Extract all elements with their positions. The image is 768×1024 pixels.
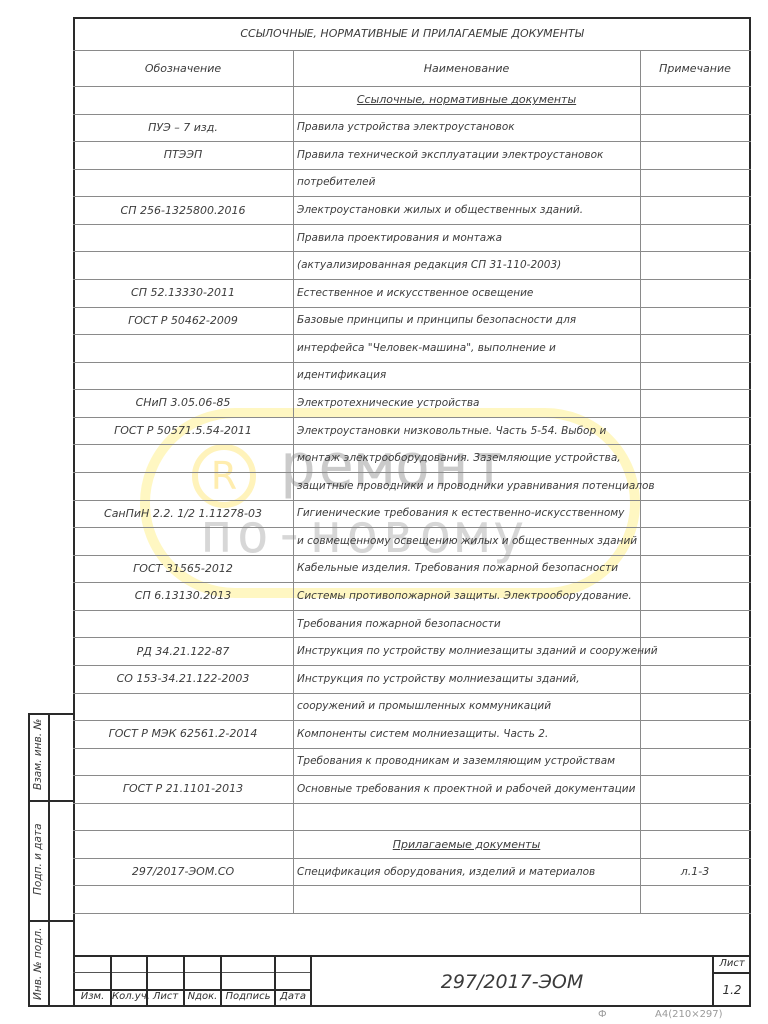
cell-designation xyxy=(73,86,293,114)
cell-designation xyxy=(73,885,293,913)
cell-designation: ГОСТ Р 50571.5.54-2011 xyxy=(73,417,293,445)
cell-name: защитные проводники и проводники уравнив… xyxy=(293,472,640,500)
section-heading: Ссылочные, нормативные документы xyxy=(293,86,640,114)
cell-note xyxy=(640,251,750,279)
cell-name xyxy=(293,885,640,913)
cell-note xyxy=(640,389,750,417)
cell-designation xyxy=(73,803,293,831)
cell-name: Гигиенические требования к естественно-и… xyxy=(293,500,640,528)
cell-note xyxy=(640,830,750,858)
cell-name: Системы противопожарной защиты. Электроо… xyxy=(293,582,640,610)
cell-name: Кабельные изделия. Требования пожарной б… xyxy=(293,555,640,583)
column-header-designation: Обозначение xyxy=(73,50,293,86)
cell-designation xyxy=(73,224,293,252)
cell-note xyxy=(640,444,750,472)
cell-name: Правила технической эксплуатации электро… xyxy=(293,141,640,169)
cell-designation xyxy=(73,334,293,362)
side-stamp-separator xyxy=(28,920,73,922)
cell-note xyxy=(640,748,750,776)
cell-name: идентификация xyxy=(293,362,640,390)
cell-note xyxy=(640,279,750,307)
cell-note xyxy=(640,334,750,362)
cell-note xyxy=(640,637,750,665)
cell-name: Инструкция по устройству молниезащиты зд… xyxy=(293,637,640,665)
cell-designation: РД 34.21.122-87 xyxy=(73,637,293,665)
cell-note xyxy=(640,169,750,197)
tb-label-sheet: Лист xyxy=(148,991,183,1002)
cell-note xyxy=(640,803,750,831)
cell-designation xyxy=(73,444,293,472)
sheet-label: Лист xyxy=(713,958,751,969)
format-label: А4(210×297) xyxy=(655,1009,723,1020)
cell-note xyxy=(640,720,750,748)
cell-note xyxy=(640,307,750,335)
cell-name: Электротехнические устройства xyxy=(293,389,640,417)
cell-designation xyxy=(73,362,293,390)
cell-designation: ГОСТ Р 21.1101-2013 xyxy=(73,775,293,803)
cell-note xyxy=(640,362,750,390)
cell-note xyxy=(640,665,750,693)
cell-note xyxy=(640,693,750,721)
cell-name: Требования к проводникам и заземляющим у… xyxy=(293,748,640,776)
cell-designation xyxy=(73,830,293,858)
cell-note xyxy=(640,224,750,252)
tb-label-signature: Подпись xyxy=(222,991,274,1002)
cell-note xyxy=(640,472,750,500)
cell-designation: СНиП 3.05.06-85 xyxy=(73,389,293,417)
tb-label-change: Изм. xyxy=(75,991,110,1002)
document-title: ССЫЛОЧНЫЕ, НОРМАТИВНЫЕ И ПРИЛАГАЕМЫЕ ДОК… xyxy=(73,17,751,50)
cell-note xyxy=(640,196,750,224)
stamp-label-signature-date: Подп. и дата xyxy=(32,823,44,895)
table-line xyxy=(73,50,751,51)
stamp-label-original-inv: Инв. № подл. xyxy=(32,928,44,1000)
column-header-note: Примечание xyxy=(640,50,750,86)
cell-name: Электроустановки жилых и общественных зд… xyxy=(293,196,640,224)
tb-label-count: Кол.уч. xyxy=(112,991,146,1002)
tb-label-date: Дата xyxy=(276,991,310,1002)
cell-designation: СО 153-34.21.122-2003 xyxy=(73,665,293,693)
cell-note xyxy=(640,417,750,445)
cell-designation: СП 256-1325800.2016 xyxy=(73,196,293,224)
cell-note xyxy=(640,114,750,142)
cell-name: (актуализированная редакция СП 31-110-20… xyxy=(293,251,640,279)
cell-designation xyxy=(73,610,293,638)
cell-name: Компоненты систем молниезащиты. Часть 2. xyxy=(293,720,640,748)
cell-designation: ПУЭ – 7 изд. xyxy=(73,114,293,142)
cell-note xyxy=(640,555,750,583)
cell-name: Естественное и искусственное освещение xyxy=(293,279,640,307)
cell-note xyxy=(640,86,750,114)
cell-designation xyxy=(73,251,293,279)
tb-label-doc-number: Nдок. xyxy=(185,991,220,1002)
side-stamp-divider xyxy=(48,713,50,1007)
side-stamp-separator xyxy=(28,800,73,802)
cell-name: монтаж электрооборудования. Заземляющие … xyxy=(293,444,640,472)
cell-designation: 297/2017-ЭОМ.СО xyxy=(73,858,293,886)
cell-note xyxy=(640,775,750,803)
cell-name: сооружений и промышленных коммуникаций xyxy=(293,693,640,721)
cell-name: и совмещенному освещению жилых и обществ… xyxy=(293,527,640,555)
cell-designation: СанПиН 2.2. 1/2 1.11278-03 xyxy=(73,500,293,528)
cell-note xyxy=(640,610,750,638)
cell-designation xyxy=(73,527,293,555)
cell-name: Основные требования к проектной и рабоче… xyxy=(293,775,640,803)
sheet-number: 1.2 xyxy=(713,983,751,997)
stamp-label-replacement-inv: Взам. инв. № xyxy=(32,719,44,790)
cell-designation xyxy=(73,693,293,721)
cell-note xyxy=(640,582,750,610)
table-line xyxy=(73,913,751,914)
cell-name: Требования пожарной безопасности xyxy=(293,610,640,638)
cell-name: Спецификация оборудования, изделий и мат… xyxy=(293,858,640,886)
cell-designation: СП 52.13330-2011 xyxy=(73,279,293,307)
section-heading: Прилагаемые документы xyxy=(293,830,640,858)
document-code: 297/2017-ЭОМ xyxy=(312,957,712,1007)
cell-designation xyxy=(73,169,293,197)
cell-designation xyxy=(73,472,293,500)
cell-designation: СП 6.13130.2013 xyxy=(73,582,293,610)
cell-name: интерфейса "Человек-машина", выполнение … xyxy=(293,334,640,362)
column-header-name: Наименование xyxy=(293,50,640,86)
cell-name: Электроустановки низковольтные. Часть 5-… xyxy=(293,417,640,445)
cell-name: Инструкция по устройству молниезащиты зд… xyxy=(293,665,640,693)
format-label-left: Ф xyxy=(598,1009,607,1020)
cell-note: л.1-3 xyxy=(640,858,750,886)
cell-name xyxy=(293,803,640,831)
title-block-line xyxy=(712,972,751,974)
cell-designation xyxy=(73,748,293,776)
cell-designation: ГОСТ Р 50462-2009 xyxy=(73,307,293,335)
cell-designation: ГОСТ Р МЭК 62561.2-2014 xyxy=(73,720,293,748)
cell-note xyxy=(640,500,750,528)
cell-name: Правила проектирования и монтажа xyxy=(293,224,640,252)
cell-name: Базовые принципы и принципы безопасности… xyxy=(293,307,640,335)
cell-name: потребителей xyxy=(293,169,640,197)
cell-note xyxy=(640,885,750,913)
cell-name: Правила устройства электроустановок xyxy=(293,114,640,142)
cell-note xyxy=(640,527,750,555)
cell-designation: ПТЭЭП xyxy=(73,141,293,169)
cell-designation: ГОСТ 31565-2012 xyxy=(73,555,293,583)
cell-note xyxy=(640,141,750,169)
